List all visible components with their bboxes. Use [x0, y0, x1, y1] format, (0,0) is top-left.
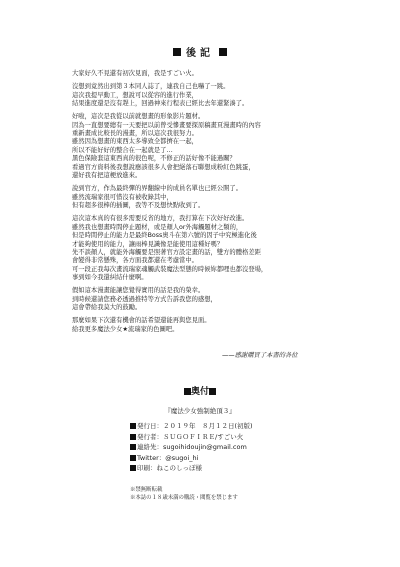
- signature: ——感謝購買了本書的各位: [222, 350, 298, 359]
- paragraph: 好啦，這次是我從以前就想畫的形象影片題材。 因為一直想要總有一天要把以前曾受慘畫…: [72, 113, 342, 180]
- afterword-body: 大家好久不見還有初次見面，我是すごい火。 沒想到竟然出到第３本同人誌了，連我自己…: [72, 70, 342, 339]
- paragraph: 沒想到竟然出到第３本同人誌了，連我自己也嚇了一跳。 這次我提早動工，想說可以從容…: [72, 83, 342, 108]
- book-title: 『魔法少女強制絶頂３』: [0, 406, 400, 415]
- bullet-square-icon: [130, 455, 136, 461]
- black-square-icon: [209, 388, 216, 395]
- bullet-square-icon: [130, 434, 136, 440]
- colophon-info: 発行日：２０１９年 ８月１２日(初版) 発行者：ＳＵＧＯＦＩＲＥ/すごい火 連絡…: [130, 421, 253, 474]
- info-row: 印刷：ねこのしっぽ様: [130, 463, 253, 474]
- afterword-heading: 後記: [0, 44, 400, 59]
- black-square-icon: [184, 388, 191, 395]
- paragraph: 說到官方，作為最終彈的界翻線中的成員名單也已經公開了。 雖然流瑞家很可惜沒有被收…: [72, 185, 342, 210]
- note: ※禁無断転載: [130, 487, 238, 495]
- paragraph: 那麼如果下次還有機會的話希望還能再與您見面。 給我更多魔法少女★流瑞家的色圖吧。: [72, 317, 342, 334]
- bullet-square-icon: [130, 465, 136, 471]
- info-row: 連絡先：sugoihidoujin@gmail.com: [130, 442, 253, 453]
- black-square-icon: [173, 48, 181, 56]
- document-page: 後記 大家好久不見還有初次見面，我是すごい火。 沒想到竟然出到第３本同人誌了，連…: [0, 0, 400, 567]
- black-square-icon: [219, 48, 227, 56]
- colophon-notes: ※禁無断転載 ※本誌の１８歳未満の購読・閲覧を禁じます: [130, 487, 238, 502]
- paragraph: 假如這本漫畫能讓您覺得實用的話是我的榮幸。 到時候還請您務必透過推特等方式告訴我…: [72, 287, 342, 312]
- bullet-square-icon: [130, 444, 136, 450]
- paragraph: 大家好久不見還有初次見面，我是すごい火。: [72, 70, 342, 78]
- bullet-square-icon: [130, 423, 136, 429]
- info-row: 発行者：ＳＵＧＯＦＩＲＥ/すごい火: [130, 432, 253, 443]
- paragraph: 這次這本真的有很多需要反省的地方，我打算在下次好好改進。 雖然我也想畫時間停止題…: [72, 215, 342, 282]
- info-row: Twitter：@sugoi_hi: [130, 453, 253, 464]
- colophon-heading: 奥付: [0, 384, 400, 397]
- note: ※本誌の１８歳未満の購読・閲覧を禁じます: [130, 495, 238, 503]
- info-row: 発行日：２０１９年 ８月１２日(初版): [130, 421, 253, 432]
